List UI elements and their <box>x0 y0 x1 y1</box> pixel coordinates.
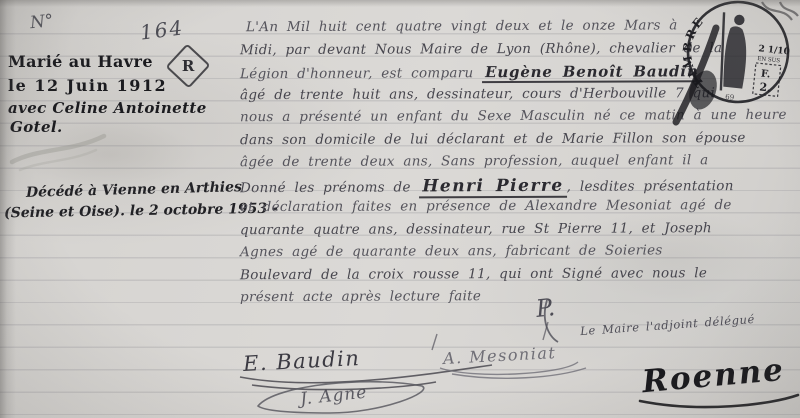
act-line-text: quarante quatre ans, dessinateur, rue St… <box>240 220 712 238</box>
pencil-scribble <box>12 136 104 162</box>
act-line-text: Midi, par devant Nous Maire de Lyon (Rhô… <box>240 40 722 58</box>
control-r-stamp: R <box>165 43 210 88</box>
act-line-text: L'An Mil huit cent quatre vingt deux et … <box>246 17 678 35</box>
child-name: Henri Pierre <box>419 176 566 199</box>
act-line-text: Légion d'honneur, est comparu <box>240 65 482 82</box>
act-line: présent acte après lecture faite <box>240 287 798 305</box>
death-note-line: Décédé à Vienne en Arthies <box>26 179 242 201</box>
closing-title: Le Maire l'adjoint délégué <box>580 312 756 338</box>
act-line: quarante quatre ans, dessinateur, rue St… <box>240 220 798 238</box>
signature-mesoniat: A. Mesoniat <box>443 343 557 368</box>
marriage-note-line: le 12 Juin 1912 <box>8 76 167 95</box>
signature-official: Roenne <box>641 352 787 400</box>
death-note-line: (Seine et Oise). le 2 octobre 1953 - <box>4 201 278 222</box>
father-name: Eugène Benoît Baudin <box>482 62 702 83</box>
act-line-text: , lesdites présentation <box>567 178 734 195</box>
control-r-stamp-letter: R <box>182 57 194 75</box>
act-line: L'An Mil huit cent quatre vingt deux et … <box>246 17 800 35</box>
document-page: N° 164 R Marié au Havre le 12 Juin 1912 … <box>0 0 800 418</box>
act-line: Donné les prénoms de Henri Pierre, lesdi… <box>240 175 798 197</box>
marriage-note-line: Gotel. <box>10 118 63 136</box>
act-line-text: âgée de trente deux ans, Sans profession… <box>240 152 709 170</box>
act-line: et déclaration faites en présence de Ale… <box>240 197 798 215</box>
act-line: âgée de trente deux ans, Sans profession… <box>240 152 798 170</box>
act-line-text: âgé de trente huit ans, dessinateur, cou… <box>240 85 715 103</box>
act-line-text: dans son domicile de lui déclarant et de… <box>240 130 746 148</box>
act-line: âgé de trente huit ans, dessinateur, cou… <box>240 85 798 103</box>
act-line-text: présent acte après lecture faite <box>240 288 481 305</box>
record-number-label: N° <box>29 11 54 33</box>
act-line: dans son domicile de lui déclarant et de… <box>240 130 798 148</box>
marriage-note-line: avec Celine Antoinette <box>8 99 207 117</box>
signature-agne: J. Agne <box>299 383 368 410</box>
act-line-text: et déclaration faites en présence de Ale… <box>240 197 732 215</box>
act-line: Boulevard de la croix rousse 11, qui ont… <box>240 265 798 283</box>
pencil-scribble <box>20 150 96 170</box>
act-line: Agnes agé de quarante deux ans, fabrican… <box>240 242 798 260</box>
marriage-note-line: Marié au Havre <box>8 52 153 71</box>
act-line: Midi, par devant Nous Maire de Lyon (Rhô… <box>240 40 798 58</box>
act-line-text: nous a présenté un enfant du Sexe Mascul… <box>240 107 787 125</box>
act-line-text: Donné les prénoms de <box>240 179 419 196</box>
act-line-text: Agnes agé de quarante deux ans, fabrican… <box>240 242 663 260</box>
closing-initial: P. <box>535 293 557 323</box>
act-line-text: Boulevard de la croix rousse 11, qui ont… <box>240 265 707 283</box>
record-number: 164 <box>139 15 186 44</box>
signature-baudin: E. Baudin <box>242 346 360 376</box>
act-line: nous a présenté un enfant du Sexe Mascul… <box>240 107 798 125</box>
act-line: Légion d'honneur, est comparu Eugène Ben… <box>240 62 798 82</box>
